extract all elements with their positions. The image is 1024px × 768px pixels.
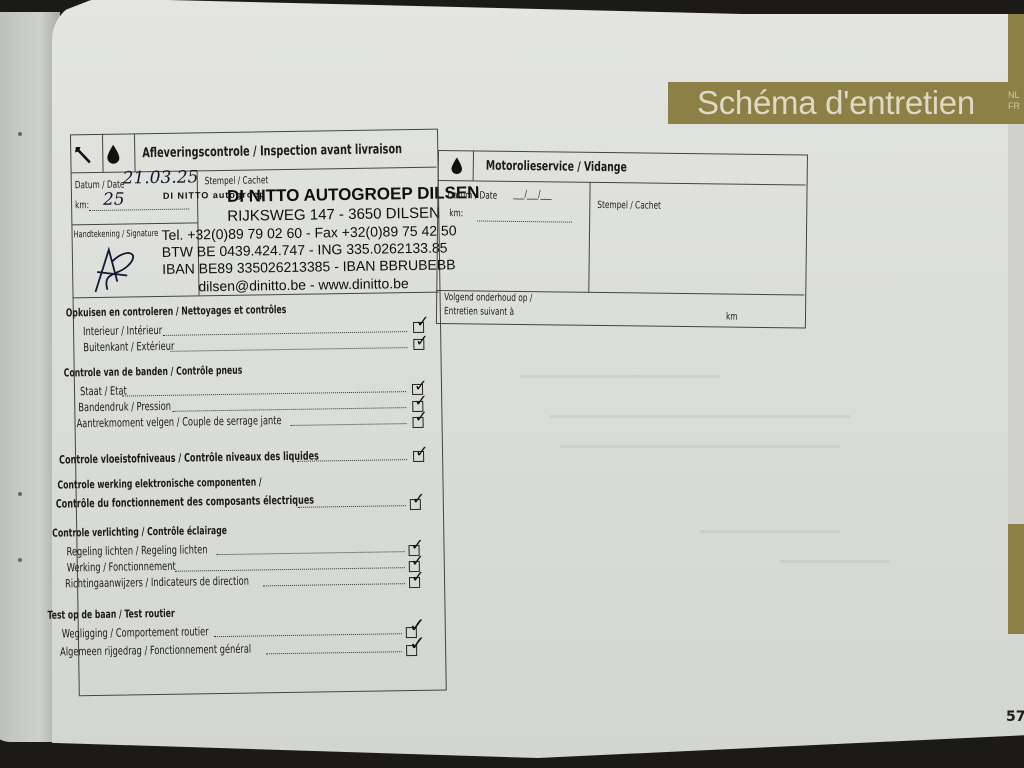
checkmark-icon: ✓ — [411, 569, 425, 585]
stamp-web: dilsen@dinitto.be - www.dinitto.be — [198, 275, 409, 294]
stamp-address: RIJKSWEG 147 - 3650 DILSEN — [227, 205, 440, 225]
oil-drop-icon — [105, 144, 121, 166]
checkmark-icon: ✓ — [409, 633, 426, 653]
oil-service-form: Motorolieservice / Vidange Datum / Date … — [436, 150, 810, 340]
delivery-inspection-form: Afleveringscontrole / Inspection avant l… — [30, 129, 449, 700]
section-title: Controle verlichting / Contrôle éclairag… — [52, 524, 227, 540]
checklist-item: Buitenkant / Extérieur — [83, 339, 174, 354]
checkmark-icon: ✓ — [415, 444, 429, 460]
lang-tab-fr: FR — [1008, 101, 1020, 112]
km-label: km: — [75, 200, 89, 211]
page-number: 57 — [1006, 709, 1024, 725]
checklist-item: Algemeen rijgedrag / Fonctionnement géné… — [60, 642, 251, 659]
page-title: Schéma d'entretien — [697, 84, 975, 122]
next-service-label-fr: Entretien suivant à — [444, 306, 514, 318]
date-input[interactable]: ___/___/___ — [513, 189, 551, 200]
date-label: Datum / Date — [447, 190, 497, 202]
form-title: Motorolieservice / Vidange — [486, 159, 627, 176]
signature-label: Handtekening / Signature — [74, 229, 159, 240]
lang-tab-nl: NL — [1008, 90, 1020, 101]
show-through-text — [560, 445, 840, 448]
next-service-km-unit: km — [726, 312, 738, 323]
date-value[interactable]: 21.03.25 — [123, 167, 199, 188]
checkmark-icon: ✓ — [414, 409, 428, 425]
show-through-text — [520, 375, 720, 378]
binding-hole — [18, 132, 22, 136]
signature-scribble[interactable] — [87, 241, 148, 297]
checklist-item: Richtingaanwijzers / Indicateurs de dire… — [65, 574, 249, 591]
checklist-item: Regeling lichten / Regeling lichten — [66, 542, 207, 558]
checkmark-icon: ✓ — [412, 491, 426, 507]
checklist-item: Wegligging / Comportement routier — [62, 624, 209, 640]
language-tabs: NL FR — [1008, 90, 1020, 112]
checkmark-icon: ✓ — [416, 314, 430, 330]
show-through-text — [780, 560, 890, 563]
wrench-icon — [72, 144, 94, 166]
tab-strip-gap — [1008, 124, 1024, 524]
show-through-text — [700, 530, 840, 533]
binding-hole — [18, 492, 22, 496]
checklist-item: Werking / Fonctionnement — [67, 559, 176, 575]
checklist-item: Bandendruk / Pression — [78, 399, 171, 414]
checklist-item: Staat / Etat — [80, 384, 127, 399]
stamp-label: Stempel / Cachet — [597, 200, 661, 212]
checkmark-icon: ✓ — [415, 333, 429, 349]
section-title: Test op de baan / Test routier — [47, 607, 174, 622]
km-value[interactable]: 25 — [103, 190, 125, 210]
show-through-text — [550, 415, 850, 418]
binding-hole — [18, 558, 22, 562]
oil-drop-icon — [450, 156, 464, 176]
km-label: km: — [449, 208, 463, 219]
checklist-item: Interieur / Intérieur — [83, 323, 162, 338]
next-service-label: Volgend onderhoud op / — [444, 292, 532, 304]
